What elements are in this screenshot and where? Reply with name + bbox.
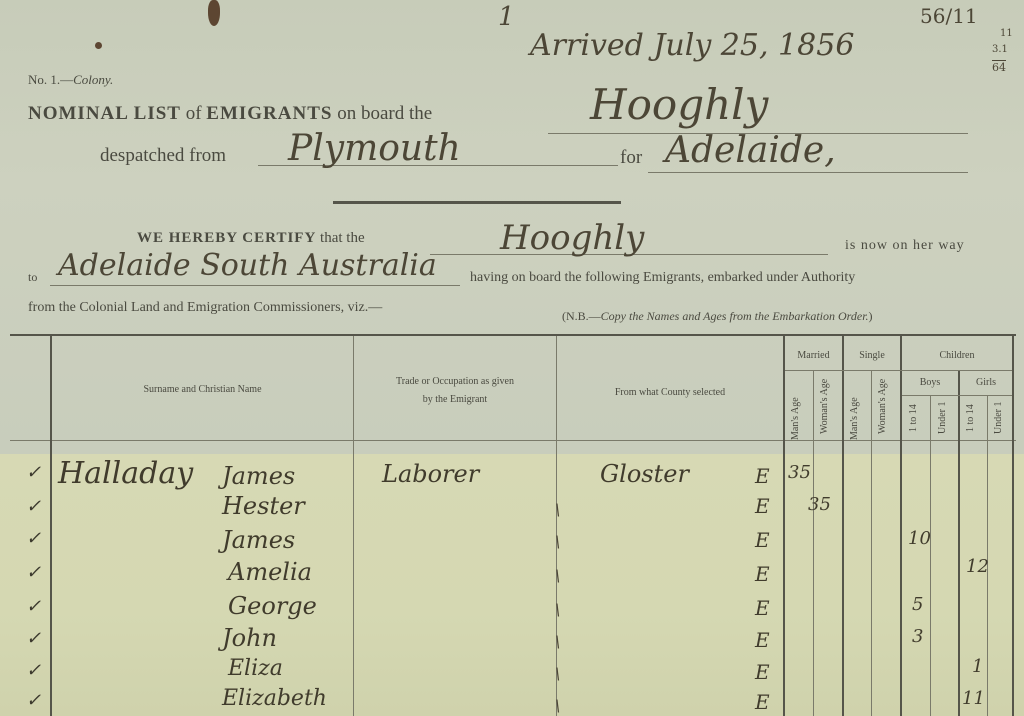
header-boys-under-1: Under 1 bbox=[937, 398, 948, 438]
ditto-mark: \ bbox=[555, 532, 560, 551]
given-name: John bbox=[222, 624, 277, 652]
ditto-mark: \ bbox=[555, 632, 560, 651]
destination-line bbox=[648, 172, 968, 173]
header-occupation-2: by the Emigrant bbox=[354, 394, 556, 405]
check-mark: ✓ bbox=[26, 496, 41, 517]
given-name: James bbox=[222, 462, 295, 490]
ink-stain bbox=[208, 0, 220, 26]
despatched-from: Plymouth bbox=[288, 128, 461, 169]
header-married: Married bbox=[785, 350, 842, 361]
given-name: Amelia bbox=[228, 558, 312, 586]
given-name: James bbox=[222, 526, 295, 554]
despatched-label: despatched from bbox=[100, 145, 226, 167]
cert-destination-line bbox=[50, 285, 460, 286]
table-header-bottom bbox=[10, 440, 1016, 441]
county-mark: E bbox=[755, 528, 770, 552]
check-mark: ✓ bbox=[26, 596, 41, 617]
col-divider-single-inner bbox=[871, 370, 872, 716]
certify-line: WE HEREBY CERTIFY that the bbox=[137, 230, 365, 247]
table-top-border bbox=[10, 334, 1016, 336]
nb-note: (N.B.—Copy the Names and Ages from the E… bbox=[562, 309, 873, 324]
title-line: NOMINAL LIST of EMIGRANTS on board the bbox=[28, 103, 432, 125]
title-emigrants: EMIGRANTS bbox=[206, 103, 332, 124]
ditto-mark: \ bbox=[555, 664, 560, 683]
given-name: Elizabeth bbox=[222, 686, 327, 711]
col-divider-county-married bbox=[783, 336, 785, 716]
col-divider-boys-inner bbox=[930, 395, 931, 716]
side-note-1: 11 bbox=[1000, 28, 1013, 39]
reference-number: 56/11 bbox=[920, 4, 978, 28]
table-right-border bbox=[1012, 336, 1014, 716]
surname: Halladay bbox=[58, 456, 193, 491]
ditto-mark: \ bbox=[555, 696, 560, 715]
certify-that: that the bbox=[320, 230, 365, 246]
header-boys-1-14: 1 to 14 bbox=[908, 398, 919, 438]
header-girls-under-1: Under 1 bbox=[993, 398, 1004, 438]
nb-text: Copy the Names and Ages from the Embarka… bbox=[601, 309, 869, 323]
cert-ship-name: Hooghly bbox=[500, 218, 644, 258]
page-number: 1 bbox=[498, 2, 515, 32]
ditto-mark: \ bbox=[555, 566, 560, 585]
boys-1-14: 3 bbox=[912, 626, 923, 647]
to-label: to bbox=[28, 270, 37, 285]
given-name: George bbox=[228, 592, 317, 620]
header-girls: Girls bbox=[960, 377, 1012, 388]
now-on-way: is now on her way bbox=[845, 238, 965, 254]
header-single: Single bbox=[844, 350, 900, 361]
header-single-womans-age: Woman's Age bbox=[877, 373, 888, 439]
ditto-mark: \ bbox=[555, 600, 560, 619]
header-boys: Boys bbox=[902, 377, 958, 388]
ditto-mark: \ bbox=[555, 500, 560, 519]
header-married-mans-age: Man's Age bbox=[790, 400, 801, 440]
header-county: From what County selected bbox=[557, 387, 783, 398]
county-mark: E bbox=[755, 628, 770, 652]
arrival-note: Arrived July 25, 1856 bbox=[530, 28, 854, 63]
girls-1-14: 11 bbox=[962, 688, 985, 709]
certify-bold: WE HEREBY CERTIFY bbox=[137, 230, 316, 246]
county-mark: E bbox=[755, 494, 770, 518]
ship-name: Hooghly bbox=[590, 80, 768, 129]
header-name: Surname and Christian Name bbox=[52, 384, 353, 395]
married-man-age: 35 bbox=[788, 462, 811, 483]
girls-1-14: 1 bbox=[972, 656, 983, 677]
col-divider-married-inner bbox=[813, 370, 814, 716]
county-mark: E bbox=[755, 690, 770, 714]
check-mark: ✓ bbox=[26, 562, 41, 583]
col-divider-name-occ bbox=[353, 336, 354, 716]
having-text: having on board the following Emigrants,… bbox=[470, 270, 855, 286]
header-single-mans-age: Man's Age bbox=[849, 400, 860, 440]
header-married-womans-age: Woman's Age bbox=[819, 373, 830, 439]
check-mark: ✓ bbox=[26, 528, 41, 549]
check-mark: ✓ bbox=[26, 660, 41, 681]
given-name: Hester bbox=[222, 492, 305, 520]
destination: Adelaide, bbox=[665, 130, 836, 171]
form-number: No. 1.—Colony. bbox=[28, 72, 113, 88]
boys-1-14: 5 bbox=[912, 594, 923, 615]
girls-1-14: 12 bbox=[966, 556, 989, 577]
col-divider-married-single bbox=[842, 336, 844, 716]
header-occupation-1: Trade or Occupation as given bbox=[354, 376, 556, 387]
for-label: for bbox=[620, 147, 642, 169]
title-of: of bbox=[186, 103, 202, 124]
side-note-2: 3.1 bbox=[992, 44, 1008, 55]
married-woman-age: 35 bbox=[808, 494, 831, 515]
county: Gloster bbox=[600, 460, 689, 488]
check-mark: ✓ bbox=[26, 690, 41, 711]
from-commissioners-text: from the Colonial Land and Emigration Co… bbox=[28, 300, 382, 316]
header-girls-1-14: 1 to 14 bbox=[965, 398, 976, 438]
header-children: Children bbox=[902, 350, 1012, 361]
check-mark: ✓ bbox=[26, 628, 41, 649]
title-on-board: on board the bbox=[337, 103, 432, 124]
header-separator bbox=[333, 201, 621, 204]
occupation: Laborer bbox=[382, 460, 479, 488]
side-note-3: 64 bbox=[992, 60, 1006, 74]
header-subrow-2 bbox=[902, 395, 1012, 396]
nb-suffix: ) bbox=[869, 309, 873, 323]
county-mark: E bbox=[755, 596, 770, 620]
county-mark: E bbox=[755, 562, 770, 586]
ink-dot bbox=[95, 42, 102, 49]
cert-destination: Adelaide South Australia bbox=[58, 248, 437, 283]
nb-prefix: (N.B.— bbox=[562, 309, 601, 323]
check-mark: ✓ bbox=[26, 462, 41, 483]
county-mark: E bbox=[755, 464, 770, 488]
col-divider-boys-girls bbox=[958, 370, 960, 716]
title-nominal-list: NOMINAL LIST bbox=[28, 103, 181, 124]
header-subrow-1 bbox=[785, 370, 1012, 371]
county-mark: E bbox=[755, 660, 770, 684]
boys-1-14: 10 bbox=[908, 528, 931, 549]
given-name: Eliza bbox=[228, 656, 283, 681]
col-divider-single-children bbox=[900, 336, 902, 716]
form-number-label: No. 1.— bbox=[28, 72, 73, 87]
form-type: Colony. bbox=[73, 72, 113, 87]
